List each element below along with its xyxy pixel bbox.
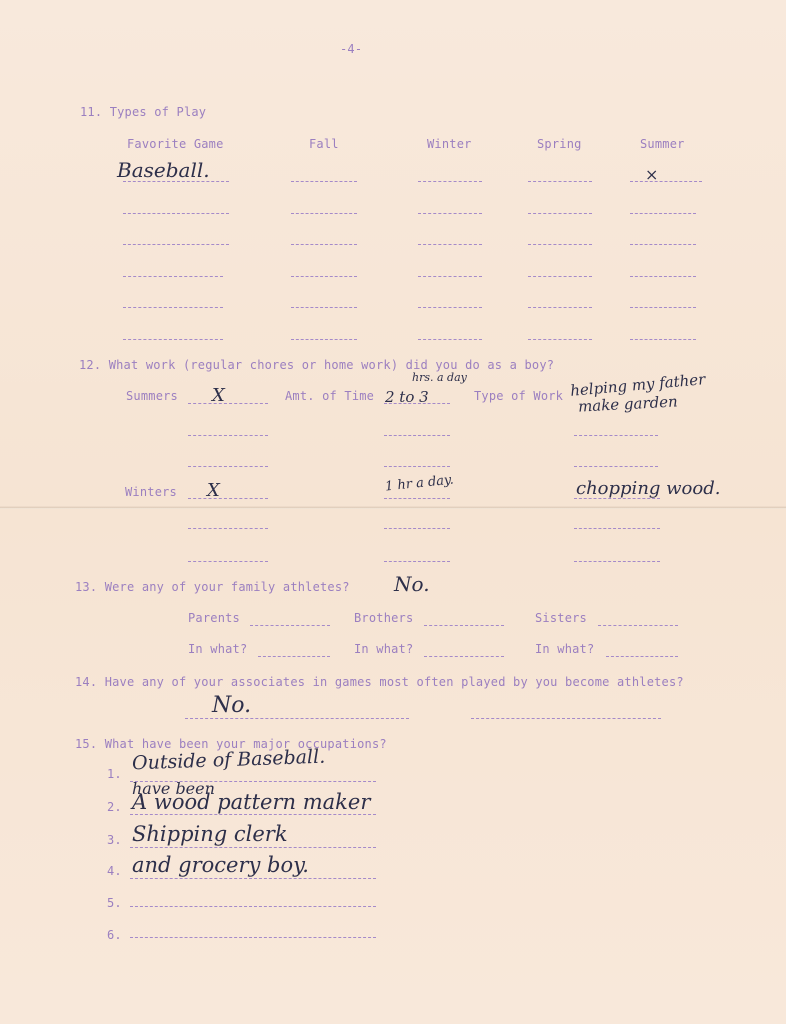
form-page: -4- 11. Types of Play Favorite Game Fall… (0, 0, 786, 1024)
occupation-num-6: 6. (107, 928, 122, 942)
occupation-line-6 (130, 937, 376, 938)
occupation-num-2: 2. (107, 800, 122, 814)
occupation-line-5 (130, 906, 376, 907)
parents-line (250, 625, 330, 626)
q11-title: 11. Types of Play (80, 105, 206, 119)
header-fall: Fall (309, 137, 339, 151)
winters-time-line (384, 498, 450, 499)
sisters-line (598, 625, 678, 626)
winters-line (188, 498, 268, 499)
q14-answer: No. (212, 693, 251, 718)
occupation-2: A wood pattern maker (132, 790, 370, 814)
brothers-line (424, 625, 504, 626)
summers-line (188, 403, 268, 404)
summers-time-unit: hrs. a day (412, 371, 467, 384)
header-spring: Spring (537, 137, 582, 151)
header-favorite-game: Favorite Game (127, 137, 224, 151)
q14-line-1 (185, 718, 409, 719)
sisters-label: Sisters (535, 611, 587, 625)
occupation-4: and grocery boy. (132, 853, 309, 877)
occupation-num-3: 3. (107, 833, 122, 847)
page-number: -4- (340, 42, 362, 56)
winters-work-line (574, 498, 660, 499)
header-summer: Summer (640, 137, 685, 151)
summers-time-line (384, 403, 450, 404)
winters-work: chopping wood. (576, 478, 720, 499)
summers-work-line2: make garden (578, 392, 679, 415)
in-what-sisters-line (606, 656, 678, 657)
q14-title: 14. Have any of your associates in games… (75, 675, 684, 689)
winters-time: 1 hr a day. (384, 472, 454, 494)
in-what-parents-label: In what? (188, 642, 247, 656)
occupation-line-4 (130, 878, 376, 879)
in-what-sisters-label: In what? (535, 642, 594, 656)
brothers-label: Brothers (354, 611, 413, 625)
favorite-game-value: Baseball. (117, 158, 210, 182)
amt-time-label: Amt. of Time (285, 389, 374, 403)
q13-answer: No. (394, 572, 430, 596)
occupation-3: Shipping clerk (132, 822, 288, 846)
occupation-num-4: 4. (107, 864, 122, 878)
in-what-parents-line (258, 656, 330, 657)
q13-title: 13. Were any of your family athletes? (75, 580, 350, 594)
occupation-line-2 (130, 814, 376, 815)
in-what-brothers-line (424, 656, 504, 657)
q12-title: 12. What work (regular chores or home wo… (79, 358, 554, 372)
in-what-brothers-label: In what? (354, 642, 413, 656)
type-of-work-label: Type of Work (474, 389, 563, 403)
occupation-num-1: 1. (107, 767, 122, 781)
winters-label: Winters (125, 485, 177, 499)
paper-fold (0, 506, 786, 509)
parents-label: Parents (188, 611, 240, 625)
header-winter: Winter (427, 137, 472, 151)
q14-line-2 (471, 718, 661, 719)
occupation-num-5: 5. (107, 896, 122, 910)
summers-label: Summers (126, 389, 178, 403)
occupation-line-3 (130, 847, 376, 848)
